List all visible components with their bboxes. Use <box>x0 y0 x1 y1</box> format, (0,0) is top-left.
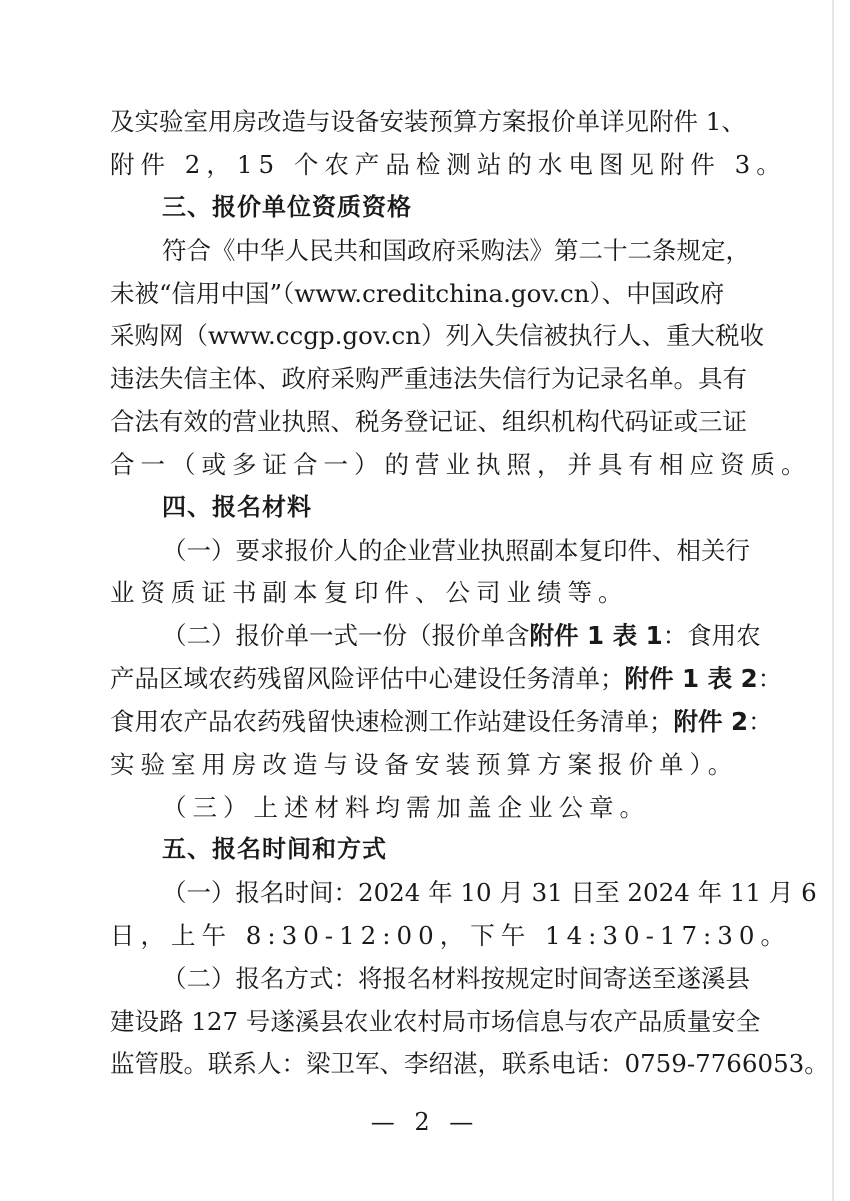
paragraph-line: 业资质证书副本复印件、公司业绩等。 <box>110 571 629 614</box>
attachment-ref: 附件 2 <box>674 707 749 736</box>
paragraph-line-with-bold: 产品区域农药残留风险评估中心建设任务清单；附件 1 表 2： <box>110 657 706 700</box>
paragraph-line: 符合《中华人民共和国政府采购法》第二十二条规定， <box>162 229 706 272</box>
paragraph-line: 实验室用房改造与设备安装预算方案报价单）。 <box>110 743 738 786</box>
paragraph-line: 违法失信主体、政府采购严重违法失信行为记录名单。具有 <box>110 357 706 400</box>
section-heading-3: 三、报价单位资质资格 <box>162 186 412 229</box>
attachment-ref: 附件 1 表 2 <box>625 664 758 693</box>
paragraph-line: 日，上午 8:30-12:00，下午 14:30-17:30。 <box>110 914 791 957</box>
paragraph-line: 合一（或多证合一）的营业执照，并具有相应资质。 <box>110 443 812 486</box>
section-heading-4: 四、报名材料 <box>162 486 312 529</box>
paragraph-line: （三）上述材料均需加盖企业公章。 <box>162 786 650 829</box>
paragraph-line: 监管股。联系人：梁卫军、李绍湛，联系电话：0759-7766053。 <box>110 1042 706 1085</box>
paragraph-line: （一）报名时间：2024 年 10 月 31 日至 2024 年 11 月 6 <box>162 871 706 914</box>
paragraph-line: 建设路 127 号遂溪县农业农村局市场信息与农产品质量安全 <box>110 1000 706 1043</box>
paragraph-line: （一）要求报价人的企业营业执照副本复印件、相关行 <box>162 529 706 572</box>
paragraph-line: 采购网（www.ccgp.gov.cn）列入失信被执行人、重大税收 <box>110 314 706 357</box>
attachment-ref: 附件 1 表 1 <box>530 621 663 650</box>
paragraph-line: 未被“信用中国”（www.creditchina.gov.cn）、中国政府 <box>110 272 706 315</box>
page-number: — 2 — <box>0 1108 850 1136</box>
paragraph-line-with-bold: （二）报价单一式一份（报价单含附件 1 表 1：食用农 <box>162 614 706 657</box>
section-heading-5: 五、报名时间和方式 <box>162 828 387 871</box>
paragraph-line-with-bold: 食用农产品农药残留快速检测工作站建设任务清单；附件 2： <box>110 700 706 743</box>
paragraph-line: 附件 2，15 个农产品检测站的水电图见附件 3。 <box>110 143 787 186</box>
paragraph-line: 合法有效的营业执照、税务登记证、组织机构代码证或三证 <box>110 400 706 443</box>
paragraph-line: 及实验室用房改造与设备安装预算方案报价单详见附件 1、 <box>110 100 706 143</box>
scan-edge-line <box>832 0 834 1201</box>
paragraph-line: （二）报名方式：将报名材料按规定时间寄送至遂溪县 <box>162 957 706 1000</box>
